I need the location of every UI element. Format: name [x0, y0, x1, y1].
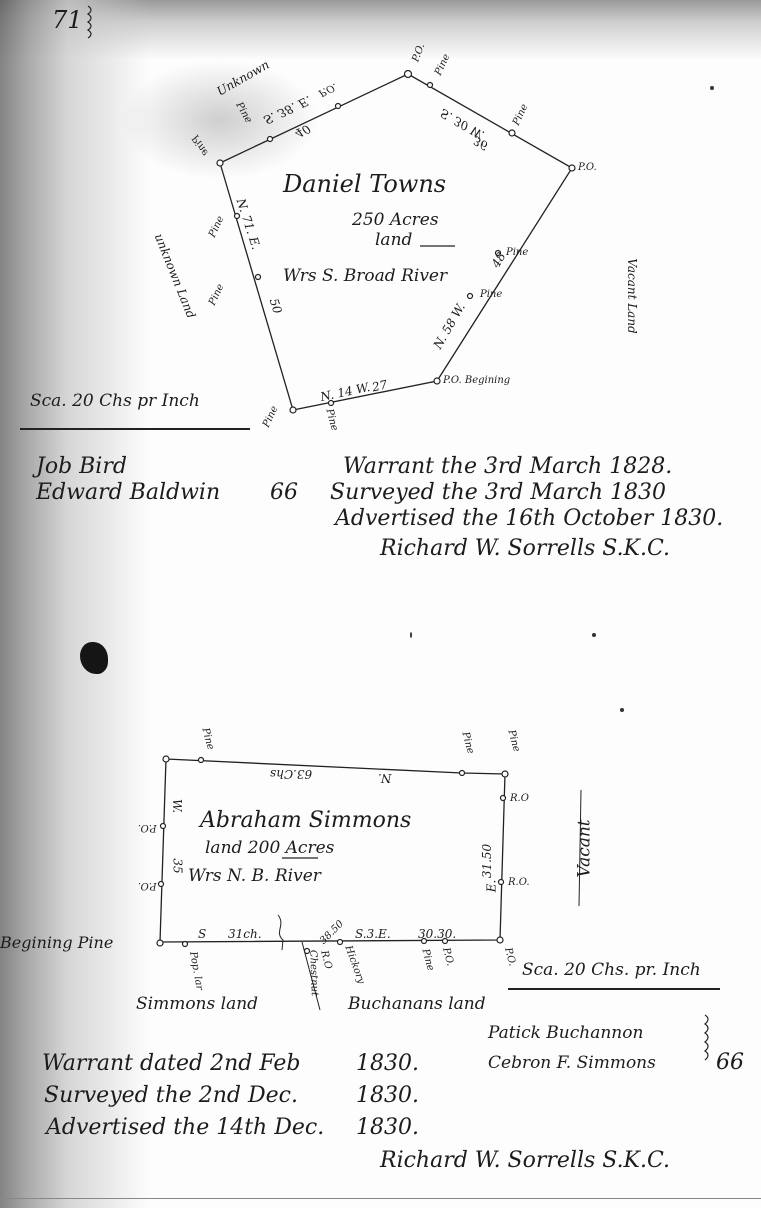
plat2-line-distance: 30.30.	[418, 928, 456, 940]
plat2-line-distance: 63.Chs	[270, 768, 312, 780]
plat2-line-label: E.	[485, 880, 497, 893]
survey-page: 71	[0, 0, 761, 1208]
plat1-surveyed: Surveyed the 3rd March 1830	[330, 482, 666, 504]
divider-rule	[20, 428, 250, 430]
plat2-corner-label: P.O.	[138, 880, 157, 890]
plat2-grantee: Cebron F. Simmons	[488, 1055, 656, 1072]
plat2-adjacent-southwest: Simmons land	[136, 996, 258, 1013]
plat2-adjacent-east: Vacant	[577, 819, 594, 877]
plat2-scale: Sca. 20 Chs. pr. Inch	[522, 962, 701, 979]
plat1-acres: 250 Acres	[352, 212, 439, 229]
plat2-warrant-year: 1830.	[356, 1053, 419, 1075]
plat1-vertex-label: P.O.	[578, 163, 597, 173]
plat1-warrant: Warrant the 3rd March 1828.	[343, 456, 672, 478]
plat1-owner: Daniel Towns	[283, 172, 446, 196]
plat2-line-label: N.	[378, 772, 392, 784]
plat1-tree-label: Pine	[480, 290, 502, 300]
plat2-corner-label: R.O	[510, 794, 529, 804]
plat2-corner-label: R.O.	[508, 878, 530, 888]
plat2-line-label: S	[198, 928, 206, 940]
plat1-grantee: Job Bird	[36, 456, 127, 478]
plat2-line-distance: 31.50	[481, 844, 493, 878]
plat1-adjacent-east: Vacant Land	[626, 258, 638, 334]
plat2-grantee: Patick Buchannon	[488, 1025, 643, 1042]
plat2-line-label: W.	[171, 799, 183, 813]
page-bottom-rule	[0, 1198, 761, 1199]
plat1-advertised: Advertised the 16th October 1830.	[335, 508, 723, 530]
plat2-corner-label: P.O.	[138, 822, 157, 832]
plat1-land: land	[375, 232, 412, 249]
plat2-warrant: Warrant dated 2nd Feb	[42, 1053, 301, 1075]
plat2-surveyor-signature: Richard W. Sorrells S.K.C.	[380, 1150, 670, 1172]
plat1-surveyor-signature: Richard W. Sorrells S.K.C.	[380, 538, 670, 560]
plat2-advertised: Advertised the 14th Dec.	[46, 1117, 324, 1139]
plat2-surveyed-year: 1830.	[356, 1085, 419, 1107]
plat1-tree-label: Pine	[506, 248, 528, 258]
plat1-grantee-fee: 66	[270, 482, 298, 504]
plat2-acres: land 200 Acres	[205, 840, 334, 857]
plat2-advertised-year: 1830.	[356, 1117, 419, 1139]
plat2-surveyed: Surveyed the 2nd Dec.	[44, 1085, 298, 1107]
plat2-line-distance: 31ch.	[228, 928, 262, 940]
plat2-grantee-fee: 66	[716, 1052, 744, 1074]
plat1-scale: Sca. 20 Chs pr Inch	[30, 393, 200, 410]
plat2-owner: Abraham Simmons	[200, 810, 411, 832]
plat1-location: Wrs S. Broad River	[283, 268, 447, 285]
plat2-adjacent-southeast: Buchanans land	[348, 996, 486, 1013]
plat2-corner-label: Chestnut	[307, 950, 319, 996]
plat2-line-label: S.3.E.	[355, 928, 391, 940]
plat2-line-distance: 35	[172, 858, 184, 873]
plat1-grantee: Edward Baldwin	[36, 482, 220, 504]
plat2-beginning-label: Begining Pine	[0, 935, 113, 951]
plat1-line-distance: 27	[371, 379, 388, 394]
plat1-vertex-label: P.O. Begining	[443, 376, 510, 386]
plat2-location: Wrs N. B. River	[188, 868, 321, 885]
divider-rule	[508, 988, 720, 990]
